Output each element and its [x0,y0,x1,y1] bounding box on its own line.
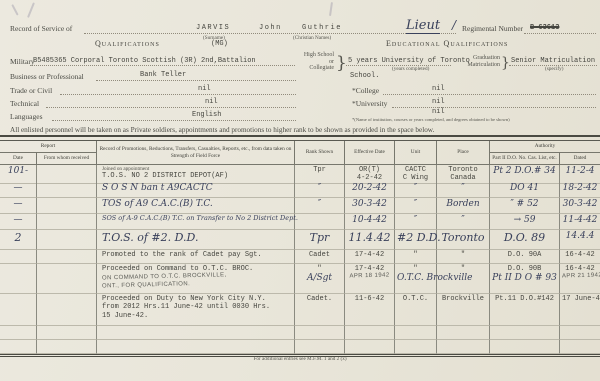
pencil-mark [27,2,34,17]
cell-line: Promoted to the rank of Cadet pay Sgt. [102,251,292,259]
christian-names-caption: (Christian Names) [293,35,331,41]
cell-line: 11.4.42 [347,231,392,244]
cell-line: 101- [2,166,34,177]
cell-line: 17 June-42 [562,295,598,303]
record-of-service-label: Record of Service of [10,24,72,33]
header-place: Place [437,141,490,164]
military-label: Military [10,57,35,66]
cell-auth: ″ # 52 [490,198,560,214]
cell-date [0,264,37,294]
cell-auth [490,326,560,340]
languages-value: English [192,111,221,119]
record-of-service-form: Record of Service of JARVIS John Guthrie… [0,0,600,381]
cell-rank: Tpr [295,165,345,184]
cell-from [37,250,97,264]
heavy-divider [0,135,600,137]
cell-line: #2 D.D. [397,231,434,244]
header-part2: Part II D.O. No. Cas. List, etc. [490,153,560,164]
cell-line: Proceeded on Duty to New York City N.Y. [102,295,292,303]
military-rule [30,65,295,66]
cell-dated [560,326,600,340]
highschool-line3: Collegiate [296,65,334,72]
cell-date: 2 [0,230,37,250]
qualifications-heading: Qualifications [95,39,160,48]
cell-line: Pt.11 D.O.#142 [492,295,557,303]
slash-mark: / [452,18,456,32]
cell-desc: S O S N ban t A9CACTC [97,182,295,198]
cell-rank: ″ [295,198,345,214]
footer-note: For additional entries see M.F.M. 1 and … [0,356,600,362]
cell-auth: Pt.11 D.O.#142 [490,294,560,326]
highschool-brace: } [336,53,347,73]
military-value: B5485365 Corporal Toronto Scottish (3R) … [33,57,256,65]
cell-line: APR 21 1942 [562,273,598,281]
header-rank: Rank Shown [295,141,345,164]
cell-rank [295,340,345,354]
institution-note: *(Name of institution, courses or years … [352,117,510,122]
cell-line: 11-2-4 [562,166,598,177]
cell-desc [97,340,295,354]
cell-place [437,340,490,354]
enlisted-personnel-note: All enlisted personnel will be taken on … [10,126,434,134]
cell-line: 30-3-42 [562,199,598,210]
cell-desc: TOS of A9 C.A.C.(B) T.C. [97,198,295,214]
cell-line: ″ [439,251,487,259]
cell-rank: ″A/Sgt [295,264,345,294]
header-date: Date [0,153,37,164]
cell-line: T.O.S. of #2. D.D. [102,231,292,244]
christian-name-1: John [259,24,282,32]
cell-line: T.O.S. NO 2 DISTRICT DEPOT(AF) [102,172,292,180]
cell-auth: D.O. 90BPt II D O # 93 [490,264,560,294]
cell-rank [295,326,345,340]
highschool-line1: High School [296,52,334,59]
cell-line: Tpr [297,166,342,174]
header-unit: Unit [395,141,437,164]
cell-line: O.T.C. Brockville [397,273,434,284]
cell-desc: Promoted to the rank of Cadet pay Sgt. [97,250,295,264]
cell-line: Toronto [439,231,487,244]
cell-place: ″ [437,214,490,230]
years-completed-caption: (years completed) [392,66,429,72]
surname-value: JARVIS [196,24,230,32]
cell-place: ″ [437,264,490,294]
cell-line: ″ # 52 [492,199,557,210]
cell-desc: Proceeded on Command to O.T.C. BROC.ON C… [97,264,295,294]
mg-note: (MG) [211,40,228,48]
trade-value: nil [198,85,211,93]
cell-line: APR 18 1942 [347,273,392,281]
cell-dated: 17 June-42 [560,294,600,326]
cell-eff: OR(T)4-2-42 [345,165,395,184]
cell-from [37,340,97,354]
cell-auth [490,340,560,354]
christian-name-2: Guthrie [302,24,342,32]
business-label: Business or Professional [10,72,84,81]
cell-unit: CACTCC Wing [395,165,437,184]
cell-line: ″ [397,183,434,194]
table-row: 2T.O.S. of #2. D.D.Tpr11.4.42#2 D.D.Toro… [0,230,600,250]
cell-from [37,264,97,294]
cell-line: TOS of A9 C.A.C.(B) T.C. [102,199,292,210]
cell-line: D.O. 90A [492,251,557,259]
table-row: —SOS of A-9 C.A.C.(B) T.C. on Transfer t… [0,214,600,230]
header-authority: Authority [490,141,600,153]
cell-line: Cadet. [297,295,342,303]
cell-unit: ″ [395,250,437,264]
table-row: Proceeded on Command to O.T.C. BROC.ON C… [0,264,600,294]
cell-place: Borden [437,198,490,214]
college-label: *College [352,86,379,95]
cell-unit [395,326,437,340]
cell-line: O.T.C. [397,295,434,303]
cell-line: CACTC [397,166,434,174]
cell-desc [97,326,295,340]
highschool-label-block: High School or Collegiate [296,52,334,72]
cell-line: 18-2-42 [562,183,598,194]
cell-line: Tpr [297,231,342,244]
cell-line: D.O. 90B [492,265,557,273]
cell-line: ″ [397,251,434,259]
graduation-label-block: Graduation Matriculation [450,55,500,69]
cell-dated: 18-2-42 [560,182,600,198]
cell-line: SOS of A-9 C.A.C.(B) T.C. on Transfer to… [102,215,292,223]
cell-eff: 11-6-42 [345,294,395,326]
cell-dated: 11-4-42 [560,214,600,230]
languages-label: Languages [10,112,43,121]
institution-value: nil [432,108,445,116]
cell-line: → 59 [492,215,557,226]
cell-line: 16-4-42 [562,251,598,259]
header-effective-date: Effective Date [345,141,395,164]
cell-line: 20-2-42 [347,183,392,194]
cell-line: Borden [439,199,487,210]
table-row [0,340,600,354]
cell-place: TorontoCanada [437,165,490,184]
cell-place: Toronto [437,230,490,250]
service-record-table: Report Date From whom received Record of… [0,140,600,357]
cell-unit: O.T.C. [395,294,437,326]
cell-line: 11-6-42 [347,295,392,303]
cell-line: Pt 2 D.O.# 34 [492,166,557,177]
cell-auth: DO 41 [490,182,560,198]
cell-line: 2 [2,231,34,244]
cell-auth: D.O. 89 [490,230,560,250]
university-value: nil [432,98,445,106]
cell-date: — [0,214,37,230]
graduation-value: Senior Matriculation [511,57,595,65]
header-dated: Dated [560,153,600,164]
cell-line: ″ [439,265,487,273]
rank-handwritten: Lieut [406,18,440,34]
cell-line: 17-4-42 [347,251,392,259]
pencil-mark [329,2,332,16]
cell-line: ″ [297,199,342,210]
cell-line: 14.4.4 [562,231,598,242]
cell-desc: Joined on appointmentT.O.S. NO 2 DISTRIC… [97,165,295,184]
regimental-number-value: B 63613 [530,24,559,32]
cell-line: — [2,183,34,194]
cell-line: Toronto [439,166,487,174]
cell-line: A/Sgt [297,273,342,284]
cell-line: from 2012 Hrs.11 June-42 until 0030 Hrs. [102,303,292,311]
cell-date: 101- [0,165,37,184]
cell-eff: 30-3-42 [345,198,395,214]
name-rule [84,33,456,34]
table-row: —S O S N ban t A9CACTC″20-2-42″″DO 4118-… [0,182,600,198]
cell-line: D.O. 89 [492,231,557,244]
cell-line: ″ [297,265,342,273]
cell-dated: 16-4-42APR 21 1942 [560,264,600,294]
cell-unit: ″O.T.C. Brockville [395,264,437,294]
cell-line: 10-4-42 [347,215,392,226]
cell-from [37,230,97,250]
graduation-brace: } [501,55,510,71]
cell-rank: Cadet [295,250,345,264]
cell-line: ″ [397,199,434,210]
table-row: Proceeded on Duty to New York City N.Y.f… [0,294,600,326]
cell-eff: 17-4-42 [345,250,395,264]
highschool-value-line2: School. [350,72,379,80]
cell-line: S O S N ban t A9CACTC [102,183,292,194]
cell-place: ″ [437,182,490,198]
cell-place: ″ [437,250,490,264]
table-row: 101-Joined on appointmentT.O.S. NO 2 DIS… [0,165,600,182]
cell-eff: 10-4-42 [345,214,395,230]
cell-line: OR(T) [347,166,392,174]
university-rule [392,107,596,108]
cell-eff: 20-2-42 [345,182,395,198]
cell-line: Pt II D O # 93 [492,273,557,284]
table-row: —TOS of A9 C.A.C.(B) T.C.″30-3-42″Borden… [0,198,600,214]
cell-auth: D.O. 90A [490,250,560,264]
cell-from [37,165,97,184]
cell-dated [560,340,600,354]
table-row: Promoted to the rank of Cadet pay Sgt.Ca… [0,250,600,264]
cell-rank: Cadet. [295,294,345,326]
college-value: nil [432,85,445,93]
header-record: Record of Promotions, Reductions, Transf… [97,141,295,164]
cell-date [0,340,37,354]
cell-line: 15 June-42. [102,312,292,320]
regimental-number-label: Regimental Number [462,24,523,33]
cell-date [0,250,37,264]
cell-dated: 16-4-42 [560,250,600,264]
cell-auth: Pt 2 D.O.# 34 [490,165,560,184]
specify-caption: (specify) [545,66,563,72]
cell-dated: 30-3-42 [560,198,600,214]
cell-desc: Proceeded on Duty to New York City N.Y.f… [97,294,295,326]
cell-eff [345,340,395,354]
university-label: *University [352,99,387,108]
graduation-line1: Graduation [450,55,500,62]
cell-desc: SOS of A-9 C.A.C.(B) T.C. on Transfer to… [97,214,295,230]
cell-rank: Tpr [295,230,345,250]
highschool-line2: or [296,59,334,66]
cell-from [37,182,97,198]
table-body: 101-Joined on appointmentT.O.S. NO 2 DIS… [0,165,600,354]
cell-line: ″ [439,215,487,226]
cell-line: 11-4-42 [562,215,598,226]
educational-qualifications-heading: Educational Qualifications [386,39,508,48]
languages-rule [52,120,296,121]
cell-from [37,214,97,230]
cell-unit [395,340,437,354]
trade-label: Trade or Civil [10,86,52,95]
cell-line: 30-3-42 [347,199,392,210]
cell-date: — [0,198,37,214]
cell-line: Brockville [439,295,487,303]
business-value: Bank Teller [140,71,186,79]
cell-desc: T.O.S. of #2. D.D. [97,230,295,250]
cell-line: — [2,215,34,226]
cell-date [0,326,37,340]
cell-line: ″ [439,183,487,194]
table-header: Report Date From whom received Record of… [0,141,600,165]
trade-rule [60,94,296,95]
cell-unit: ″ [395,214,437,230]
cell-line: ″ [397,215,434,226]
technical-label: Technical [10,99,39,108]
business-rule [96,80,296,81]
college-rule [383,94,596,95]
pencil-mark [11,4,18,15]
cell-dated: 14.4.4 [560,230,600,250]
cell-auth: → 59 [490,214,560,230]
cell-from [37,294,97,326]
cell-line: ″ [397,265,434,273]
header-from-whom: From whom received [37,153,97,164]
cell-place [437,326,490,340]
cell-eff: 11.4.42 [345,230,395,250]
cell-dated: 11-2-4 [560,165,600,184]
cell-eff: 17-4-42APR 18 1942 [345,264,395,294]
cell-line: — [2,199,34,210]
cell-place: Brockville [437,294,490,326]
cell-from [37,326,97,340]
cell-unit: #2 D.D. [395,230,437,250]
table-row [0,326,600,340]
cell-unit: ″ [395,182,437,198]
header-report: Report [0,141,97,153]
cell-line: DO 41 [492,183,557,194]
technical-value: nil [205,98,218,106]
cell-rank: ″ [295,182,345,198]
cell-eff [345,326,395,340]
technical-rule [46,107,296,108]
cell-line: Cadet [297,251,342,259]
cell-unit: ″ [395,198,437,214]
cell-date: — [0,182,37,198]
cell-date [0,294,37,326]
regnum-rule [524,33,596,34]
cell-line: ″ [297,183,342,194]
cell-rank [295,214,345,230]
cell-from [37,198,97,214]
graduation-line2: Matriculation [450,62,500,69]
